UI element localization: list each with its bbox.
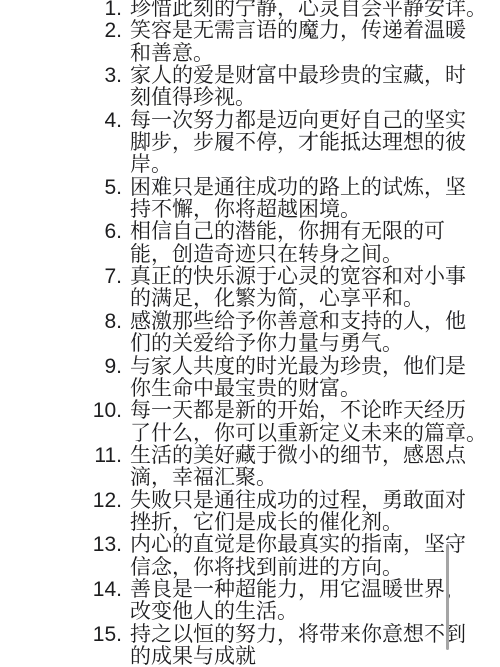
text-line: 2.笑容是无需言语的魔力，传递着温暖 [0, 20, 487, 42]
item-number [0, 467, 122, 489]
item-number [0, 512, 122, 534]
item-line-text: 挫折，它们是成长的催化剂。 [122, 512, 403, 534]
list-item: 7.真正的快乐源于心灵的宽容和对小事的满足，化繁为简，心享平和。 [0, 266, 487, 311]
list-item: 9.与家人共度的时光最为珍贵，他们是你生命中最宝贵的财富。 [0, 356, 487, 401]
item-line-text: 每一天都是新的开始，不论昨天经历 [122, 400, 466, 422]
item-line-text: 的成果与成就 [122, 646, 256, 667]
list-item: 1.珍惜此刻的宁静，心灵自会平静安详。 [0, 0, 487, 20]
list-item: 15.持之以恒的努力，将带来你意想不到的成果与成就 [0, 624, 487, 667]
text-line: 13.内心的直觉是你最真实的指南，坚守 [0, 534, 487, 556]
item-number: 3. [0, 65, 122, 87]
item-line-text: 持不懈，你将超越困境。 [122, 199, 361, 221]
item-number [0, 288, 122, 310]
item-number: 5. [0, 177, 122, 199]
item-line-text: 脚步，步履不停，才能抵达理想的彼 [122, 132, 466, 154]
text-line: 5.困难只是通往成功的路上的试炼，坚 [0, 177, 487, 199]
item-line-text: 困难只是通往成功的路上的试炼，坚 [122, 177, 466, 199]
item-number [0, 646, 122, 667]
text-line: 10.每一天都是新的开始，不论昨天经历 [0, 400, 487, 422]
text-line: 9.与家人共度的时光最为珍贵，他们是 [0, 356, 487, 378]
text-line: 4.每一次努力都是迈向更好自己的坚实 [0, 110, 487, 132]
item-line-text: 与家人共度的时光最为珍贵，他们是 [122, 356, 466, 378]
text-line: 1.珍惜此刻的宁静，心灵自会平静安详。 [0, 0, 487, 20]
list-item: 5.困难只是通往成功的路上的试炼，坚持不懈，你将超越困境。 [0, 177, 487, 222]
item-line-text: 每一次努力都是迈向更好自己的坚实 [122, 110, 466, 132]
text-line: 7.真正的快乐源于心灵的宽容和对小事 [0, 266, 487, 288]
list-item: 4.每一次努力都是迈向更好自己的坚实脚步，步履不停，才能抵达理想的彼岸。 [0, 110, 487, 177]
item-line-text: 珍惜此刻的宁静，心灵自会平静安详。 [122, 0, 487, 20]
item-number [0, 557, 122, 579]
item-line-text: 失败只是通往成功的过程，勇敢面对 [122, 490, 466, 512]
item-number: 8. [0, 311, 122, 333]
item-line-text: 和善意。 [122, 43, 214, 65]
quotes-list: 1.珍惜此刻的宁静，心灵自会平静安详。2.笑容是无需言语的魔力，传递着温暖和善意… [0, 0, 487, 667]
list-item: 13.内心的直觉是你最真实的指南，坚守信念，你将找到前进的方向。 [0, 534, 487, 579]
text-line: 的成果与成就 [0, 646, 487, 667]
text-line: 你生命中最宝贵的财富。 [0, 378, 487, 400]
text-line: 挫折，它们是成长的催化剂。 [0, 512, 487, 534]
item-number [0, 87, 122, 109]
list-item: 12.失败只是通往成功的过程，勇敢面对挫折，它们是成长的催化剂。 [0, 490, 487, 535]
item-line-text: 家人的爱是财富中最珍贵的宝藏，时 [122, 65, 466, 87]
text-line: 6.相信自己的潜能，你拥有无限的可 [0, 221, 487, 243]
text-line: 能，创造奇迹只在转身之间。 [0, 244, 487, 266]
item-line-text: 的满足，化繁为简，心享平和。 [122, 288, 424, 310]
list-item: 6.相信自己的潜能，你拥有无限的可能，创造奇迹只在转身之间。 [0, 221, 487, 266]
text-line: 3.家人的爱是财富中最珍贵的宝藏，时 [0, 65, 487, 87]
item-line-text: 了什么，你可以重新定义未来的篇章。 [122, 423, 487, 445]
item-line-text: 笑容是无需言语的魔力，传递着温暖 [122, 20, 466, 42]
list-item: 8.感激那些给予你善意和支持的人，他们的关爱给予你力量与勇气。 [0, 311, 487, 356]
text-line: 滴，幸福汇聚。 [0, 467, 487, 489]
item-line-text: 真正的快乐源于心灵的宽容和对小事 [122, 266, 466, 288]
list-item: 10.每一天都是新的开始，不论昨天经历了什么，你可以重新定义未来的篇章。 [0, 400, 487, 445]
item-line-text: 滴，幸福汇聚。 [122, 467, 277, 489]
text-line: 岸。 [0, 154, 487, 176]
item-number: 2. [0, 20, 122, 42]
item-number: 1. [0, 0, 122, 20]
item-line-text: 岸。 [122, 154, 172, 176]
text-line: 了什么，你可以重新定义未来的篇章。 [0, 423, 487, 445]
item-number [0, 199, 122, 221]
text-line: 改变他人的生活。 [0, 601, 487, 623]
item-number [0, 378, 122, 400]
text-line: 的满足，化繁为简，心享平和。 [0, 288, 487, 310]
item-number [0, 244, 122, 266]
item-number: 13. [0, 534, 122, 556]
item-number: 11. [0, 445, 122, 467]
item-line-text: 能，创造奇迹只在转身之间。 [122, 244, 403, 266]
item-number [0, 43, 122, 65]
page: 1.珍惜此刻的宁静，心灵自会平静安详。2.笑容是无需言语的魔力，传递着温暖和善意… [0, 0, 500, 667]
item-line-text: 你生命中最宝贵的财富。 [122, 378, 361, 400]
item-line-text: 们的关爱给予你力量与勇气。 [122, 333, 403, 355]
item-number [0, 423, 122, 445]
item-number: 4. [0, 110, 122, 132]
list-item: 11.生活的美好藏于微小的细节，感恩点滴，幸福汇聚。 [0, 445, 487, 490]
item-line-text: 生活的美好藏于微小的细节，感恩点 [122, 445, 466, 467]
item-line-text: 内心的直觉是你最真实的指南，坚守 [122, 534, 466, 556]
text-line: 12.失败只是通往成功的过程，勇敢面对 [0, 490, 487, 512]
text-line: 11.生活的美好藏于微小的细节，感恩点 [0, 445, 487, 467]
text-line: 14.善良是一种超能力，用它温暖世界， [0, 579, 487, 601]
list-item: 2.笑容是无需言语的魔力，传递着温暖和善意。 [0, 20, 487, 65]
item-number: 15. [0, 624, 122, 646]
item-line-text: 相信自己的潜能，你拥有无限的可 [122, 221, 445, 243]
text-line: 刻值得珍视。 [0, 87, 487, 109]
text-line: 们的关爱给予你力量与勇气。 [0, 333, 487, 355]
item-number [0, 601, 122, 623]
item-number: 10. [0, 400, 122, 422]
item-line-text: 持之以恒的努力，将带来你意想不到 [122, 624, 466, 646]
item-number: 14. [0, 579, 122, 601]
item-number: 6. [0, 221, 122, 243]
item-number [0, 333, 122, 355]
item-number [0, 154, 122, 176]
item-line-text: 信念，你将找到前进的方向。 [122, 557, 403, 579]
scrollbar-thumb[interactable] [446, 544, 449, 650]
text-line: 15.持之以恒的努力，将带来你意想不到 [0, 624, 487, 646]
item-number [0, 132, 122, 154]
item-line-text: 改变他人的生活。 [122, 601, 298, 623]
text-line: 持不懈，你将超越困境。 [0, 199, 487, 221]
text-line: 8.感激那些给予你善意和支持的人，他 [0, 311, 487, 333]
text-line: 和善意。 [0, 43, 487, 65]
item-line-text: 善良是一种超能力，用它温暖世界， [122, 579, 466, 601]
list-item: 3.家人的爱是财富中最珍贵的宝藏，时刻值得珍视。 [0, 65, 487, 110]
text-line: 信念，你将找到前进的方向。 [0, 557, 487, 579]
item-number: 7. [0, 266, 122, 288]
item-line-text: 感激那些给予你善意和支持的人，他 [122, 311, 466, 333]
list-item: 14.善良是一种超能力，用它温暖世界，改变他人的生活。 [0, 579, 487, 624]
item-number: 12. [0, 490, 122, 512]
item-number: 9. [0, 356, 122, 378]
item-line-text: 刻值得珍视。 [122, 87, 256, 109]
text-line: 脚步，步履不停，才能抵达理想的彼 [0, 132, 487, 154]
